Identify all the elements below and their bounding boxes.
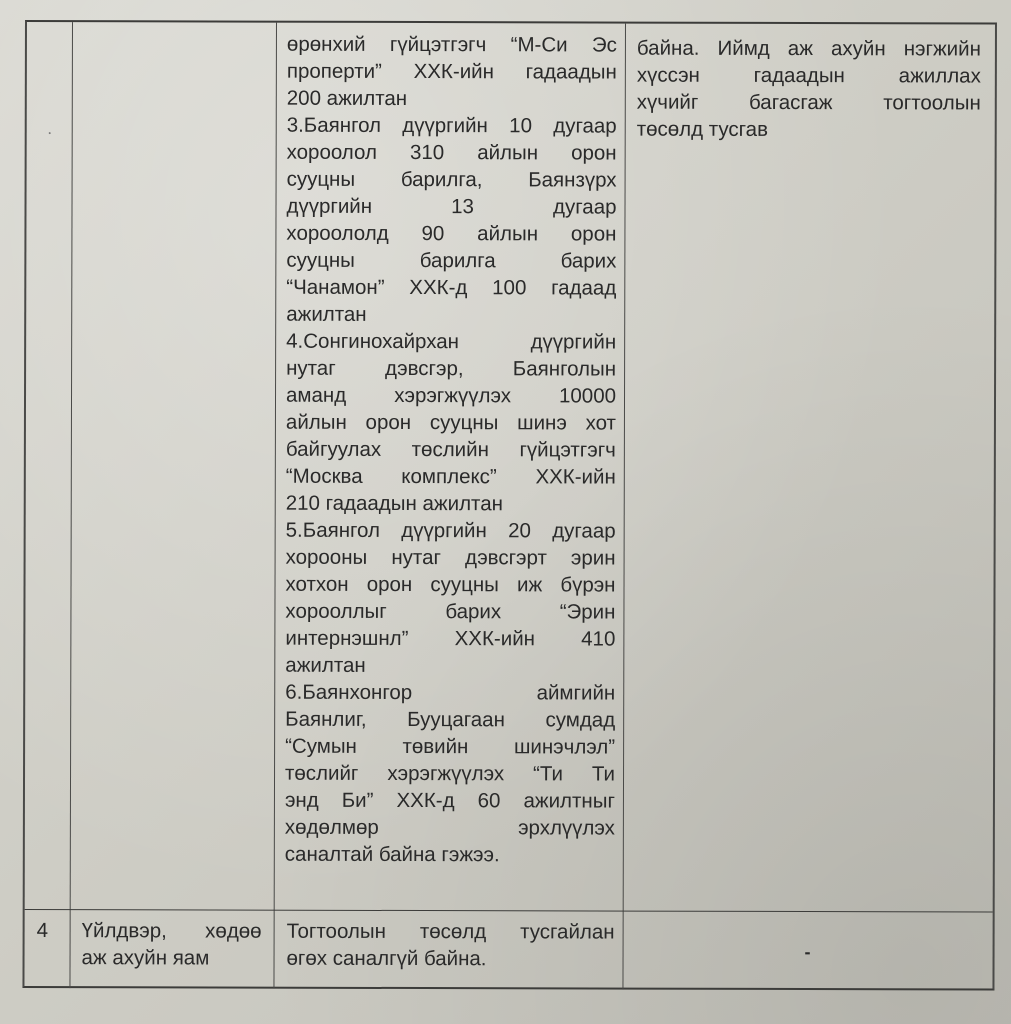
text-line: дүүргийн 13 дугаар [286, 193, 616, 221]
text-line: хүчийг багасгаж тогтоолын [637, 89, 981, 117]
text-line: ажилтан [285, 652, 615, 680]
text-line: Тогтоолын төсөлд тусгайлан [287, 918, 615, 946]
text-line: 210 гадаадын ажилтан [286, 490, 616, 518]
text-line: сууцны барилга, Баянзүрх [287, 166, 617, 194]
row-number: 4 [37, 917, 62, 944]
text-line: төслийг хэрэгжүүлэх “Ти Ти [285, 760, 615, 788]
text-line: “Чанамон” ХХК-д 100 гадаад [286, 274, 616, 302]
text-line: Үйлдвэр, хөдөө [82, 917, 262, 944]
column-divider [622, 24, 626, 990]
text-line: Баянлиг, Бууцагаан сумдад [285, 706, 615, 734]
text-line: “Сумын төвийн шинэчлэл” [285, 733, 615, 761]
document-table: өрөнхий гүйцэтгэгч “М-Си Эспроперти” ХХК… [22, 20, 997, 991]
text-line: 3.Баянгол дүүргийн 10 дугаар [287, 112, 617, 140]
text-line: хүссэн гадаадын ажиллах [637, 62, 981, 90]
text-line: байна. Иймд аж ахуйн нэгжийн [637, 35, 981, 63]
text-line: хотхон орон сууцны иж бүрэн [285, 571, 615, 599]
text-line: хорооллыг барих “Эрин [285, 598, 615, 626]
text-line: сууцны барилга барих [286, 247, 616, 275]
text-line: энд Би” ХХК-д 60 ажилтныг [285, 787, 615, 815]
text-line: 200 ажилтан [287, 85, 617, 113]
text-line: төсөлд тусгав [637, 116, 981, 144]
text-line: аманд хэрэгжүүлэх 10000 [286, 382, 616, 410]
text-line: 6.Баянхонгор аймгийн [285, 679, 615, 707]
text-line: “Москва комплекс” ХХК-ийн [286, 463, 616, 491]
text-line: саналтай байна гэжээ. [285, 841, 615, 869]
text-line: 5.Баянгол дүүргийн 20 дугаар [286, 517, 616, 545]
text-line: проперти” ХХК-ийн гадаадын [287, 58, 617, 86]
text-line: хөдөлмөр эрхлүүлэх [285, 814, 615, 842]
text-line: хорооны нутаг дэвсгэрт эрин [286, 544, 616, 572]
text-line: интернэшнл” ХХК-ийн 410 [285, 625, 615, 653]
row-divider [25, 909, 993, 913]
row-result-dash: - [805, 942, 811, 963]
column-divider [273, 23, 277, 989]
text-line: ажилтан [286, 301, 616, 329]
text-line: айлын орон сууцны шинэ хот [286, 409, 616, 437]
row-proposal-cell: өрөнхий гүйцэтгэгч “М-Си Эспроперти” ХХК… [285, 31, 617, 869]
paper-speck [49, 132, 51, 134]
text-line: өрөнхий гүйцэтгэгч “М-Си Эс [287, 31, 617, 59]
text-line: нутаг дэвсгэр, Баянголын [286, 355, 616, 383]
text-line: хороолол 310 айлын орон [287, 139, 617, 167]
text-line: 4.Сонгинохайрхан дүүргийн [286, 328, 616, 356]
column-divider [69, 22, 73, 988]
text-line: хороололд 90 айлын орон [286, 220, 616, 248]
text-line: өгөх саналгүй байна. [287, 945, 615, 973]
row-result-cell: байна. Иймд аж ахуйн нэгжийнхүссэн гадаа… [637, 35, 981, 144]
row-proposal-cell: Тогтоолын төсөлд тусгайланөгөх саналгүй … [287, 918, 615, 973]
row-ministry-cell: Үйлдвэр, хөдөөаж ахуйн яам [82, 917, 262, 971]
text-line: байгуулах төслийн гүйцэтгэгч [286, 436, 616, 464]
text-line: аж ахуйн яам [82, 944, 262, 971]
